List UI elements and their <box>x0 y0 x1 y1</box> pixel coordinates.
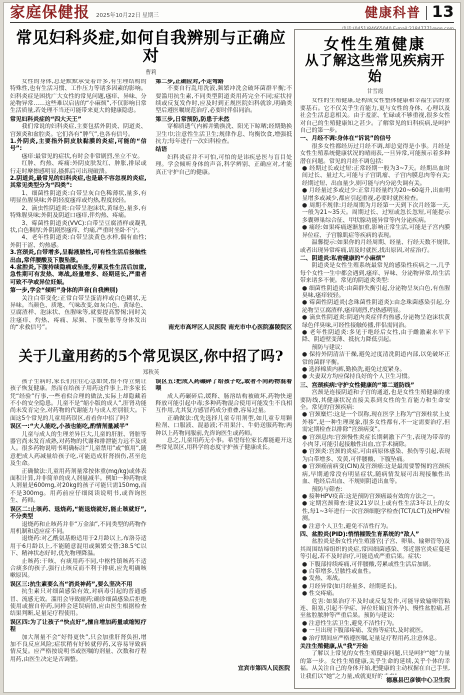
paragraph: 儿童与成人的生理差异巨大,儿童的肝脏、肾脏等器官尚未发育成熟,对药物的代谢和排泄… <box>10 432 147 469</box>
paragraph: 3.宫颈炎,白带增多,呈黏液脓性,可有性生活后接触性出血,常伴腰酸及下腹坠胀。 <box>10 250 147 265</box>
panel-reproductive-health: 女性生殖健康 从了解这些常见疾病开始 甘雪霞 女性的生殖健康,是构成女性整体健康… <box>294 29 456 689</box>
paragraph: ● 宫颈息肉:宫颈慢性炎症长期刺激下产生,表现为带蒂的小肉芽,可能引起接触性出血… <box>300 435 450 450</box>
paragraph: ● 治疗期间应严格遵医嘱,足量足疗程用药,注意休息。 <box>300 636 450 643</box>
paragraph: ● 注意个人卫生,避免不洁性行为。 <box>300 524 450 531</box>
paragraph: 1、细菌性阴道炎:白带呈灰白色稀薄状,量多,有明显鱼腥臭味;外阴轻度瘙痒或灼热,… <box>10 191 147 206</box>
masthead-group: 家庭保健报 2025年10月22日 星期三 <box>10 5 159 20</box>
panel-title: 女性生殖健康 从了解这些常见疾病开始 <box>300 35 450 85</box>
panel-byline: 甘雪霞 <box>300 87 450 95</box>
paragraph: 盆腔炎是指女性内生殖器官(子宫、卵巢、输卵管等)及其周围结缔组织的炎症,常因细菌… <box>300 539 450 561</box>
paragraph: ● 痛经:如果疼痛逐渐加重,影响正常生活,可能是子宫内膜异位症、子宫腺肌症等疾病… <box>300 225 450 240</box>
page-header: 家庭保健报 2025年10月22日 星期三 健康科普 13 <box>10 6 454 23</box>
paragraph: 我们常说的妇科炎症,主要包括外阴炎、阴道炎、宫颈炎和盆腔炎。它们各有“脾气”,也… <box>10 124 147 139</box>
panel-title-line1: 女性生殖健康 <box>300 35 450 53</box>
paragraph: 4.盆腔炎,下腹持续隐痛或坠胀,劳累及性生活后加重,急性期可有发热、寒战,经量增… <box>10 265 147 287</box>
paragraph: ● 宫颈炎:宫颈的炎症,可由病原体感染、损伤等引起,表现为白带增多、发黄,可伴腰… <box>300 449 450 464</box>
panel-title-line2: 从了解这些常见疾病开始 <box>300 53 450 85</box>
paragraph: 3、霉菌性阴道炎(VVC):白带呈豆腐渣样或凝乳状,白色稠厚;外阴剧烈瘙痒、灼痛… <box>10 221 147 236</box>
paragraph: 宫颈是连接阴道和子宫的通道,也是女性生殖健康的重要防线,其健康状况直接关系到女性… <box>300 390 450 412</box>
paragraph: ● 定期宫颈筛查:建议21岁以上或有性生活3年以上的女性,每1~3年进行一次宫颈… <box>300 501 450 523</box>
paragraph: 2.阴道炎,最常见的妇科炎症,也是最不容忽视的炎症,其常见类型分为“四类”: <box>10 176 147 191</box>
subhead: 第一步,学会“倾听”身体的声音(自我辨别) <box>10 288 147 295</box>
paragraph: 女性的身体,总是默默承受着许多,有生理结构的特殊性,也有生活习惯、工作压力等诸多… <box>10 79 147 116</box>
paragraph: ● 霉菌性阴道炎(念珠菌性阴道炎):由念珠菌感染引起,分泌物呈豆腐渣样,瘙痒剧烈… <box>300 300 450 315</box>
article2-title: 关于儿童用药的5个常见误区,你中招了吗? <box>10 349 292 366</box>
paragraph: 红肿、灼热、疼痛:外阴皮肤发红、肿胀,排尿或行走时摩擦感明显,搔抓后可出现破溃。 <box>10 161 147 176</box>
paragraph: 阴道炎是女性生殖系统最常见的感染性疾病之一,几乎每个女性一生中都会遇到,瘙痒、异… <box>300 263 450 285</box>
article-children-medication: 关于儿童用药的5个常见误区,你中招了吗? 郑秋英 孩子生病时,家长们往往心急如焚… <box>10 349 292 675</box>
panel-attribution: 德惠县巴彦镇中心卫生院 <box>382 675 450 684</box>
issue-date: 2025年10月22日 星期三 <box>96 11 159 20</box>
paragraph: ● 周期不规律:月经周期为月经第一天到下次月经第一天,一般为21~35天。周期过… <box>300 203 450 225</box>
paragraph: ● 下腹部持续疼痛,可伴腰酸,劳累或性生活后加剧。 <box>300 562 450 569</box>
paragraph: 2、滴虫性阴道炎:白带呈泡沫状,黄绿色,量多,有特殊腥臭味;外阴及阴道口瘙痒,伴… <box>10 206 147 221</box>
paragraph: ● 宫颈糜烂:这是一个误称,现在医学上称为“宫颈柱状上皮外移”,是一种生理现象,… <box>300 412 450 434</box>
divider <box>426 6 427 20</box>
article2-attribution: 宜宾市第四人民医院 <box>234 663 290 672</box>
paragraph: 正确做法:优先选择儿童专用剂型,如儿童专用颗粒剂、口服液、混悬液;不用果汁、牛奶… <box>156 416 293 438</box>
paragraph: ● 保持外阴清洁干燥,避免过度清洗阴道内部,以免破坏正常的菌群平衡。 <box>300 352 450 367</box>
paragraph: 妇科炎症并不可怕,可怕的是讳疾忌医与盲目处理。学会倾听身体的声音,科学辨别、正确… <box>156 155 293 177</box>
page-number: 13 <box>432 4 454 20</box>
article1-title: 常见妇科炎症,如何自我辨别与正确应对 <box>10 29 292 66</box>
section-name: 健康科普 <box>365 7 421 20</box>
article-gynecological-inflammation: 常见妇科炎症,如何自我辨别与正确应对 曹莉 女性的身体,总是默默承受着许多,有生… <box>10 29 292 333</box>
paragraph: 正确做法:儿童用药剂量常按体重(mg/kg)或体表面积计算,并非简单的成人剂量减… <box>10 469 147 506</box>
newspaper-page: 家庭保健报 2025年10月22日 星期三 健康科普 13 电话:(0451)8… <box>3 2 461 693</box>
subhead: 误区一:“大人能吃,小孩也能吃,酌情剂量减半” <box>10 424 147 431</box>
newspaper-name: 家庭保健报 <box>10 5 90 20</box>
paragraph: ● 滴虫性阴道炎:阴道内炎症伴灼热感,分泌物呈泡沫状黄绿色伴臭味,可经性接触传播… <box>300 315 450 330</box>
subhead: 误区五:把成人药碾碎了给孩子吃,或者不同药物混着喂 <box>156 379 293 394</box>
paragraph: 危害:如果治疗不及时或反复发作,可能导致输卵管粘连、阻塞,引起不孕症、异位妊娠(… <box>300 599 450 621</box>
article1-body: 女性的身体,总是默默承受着许多,有生理结构的特殊性,也有生活习惯、工作压力等诸多… <box>10 79 292 333</box>
paragraph: 关注白带变化:正常白带呈蛋清样或白色糊状,无异味。当颜色、质地、气味改变,如灰白… <box>10 296 147 333</box>
article2-byline: 郑秋英 <box>10 368 292 376</box>
paragraph: 孩子生病时,家长们往往心急如焚,恨不得立刻让孩子恢复健康。然而在给孩子用药这件事… <box>10 379 147 423</box>
paragraph: 止咳药:干咳、有痰用药不同,中枢性镇咳药不适合痰多的孩子,强行止咳反而不利于排痰… <box>10 559 147 581</box>
subhead: 结语 <box>156 147 293 154</box>
paragraph: 穿棉质透气内裤并勤换洗、阳光下晾晒;经期勤换卫生巾;注意性生活卫生;规律作息、均… <box>156 124 293 146</box>
paragraph: ● 宫颈癌前病变(CIN)及宫颈癌:这是最需要警惕的宫颈疾病,早期通常没有明显症… <box>300 464 450 486</box>
paragraph: 抗生素只对细菌感染有效,对病毒引起的普通感冒、流感无效。滥用会导致耐药;确诊细菌… <box>10 589 147 619</box>
paragraph: ● 老年性阴道炎:多见于绝经后女性,由于雌激素水平下降、阴道壁变薄、抵抗力降低引… <box>300 330 450 345</box>
paragraph: ● 月经量过多或过少:正常月经量约为20~60毫升,出血明显增多或减少,都应引起… <box>300 188 450 203</box>
paragraph: 温馨提示:如果你的月经周期、经量、行经天数不规律,或者出现异常疼痛,请及时就医,… <box>300 240 450 255</box>
panel-body: 女性的生殖健康,是构成女性整体健康和幸福生活的重要基石。它不仅关乎生育能力,更与… <box>300 98 450 693</box>
paragraph: 加大剂量不会“好得更快”,只会加重肝肾负担,增加不良反应风险;症状稍有好转就停药… <box>10 635 147 665</box>
paragraph: 不要自行乱用洗液,频繁冲洗会破坏菌群平衡;不要滥用抗生素,不同类型阴道炎用药完全… <box>156 86 293 116</box>
article1-attribution: 南充市高坪区人民医院 南充市中心医院嘉陵院区 <box>164 322 292 331</box>
paragraph: 预防与筛查: <box>300 487 450 494</box>
subhead: 误区四:为了让孩子“快点好”,擅自增加药量或缩短疗程 <box>10 620 147 635</box>
paragraph: 女性的生殖健康,是构成女性整体健康和幸福生活的重要基石。它不仅关乎生育能力,更与… <box>300 98 450 135</box>
subhead: 误区二:止咳药、退烧药,“能退烧就好,能止咳就好”,不分类型 <box>10 507 147 522</box>
paragraph: ● 发热、寒战。 <box>300 576 450 583</box>
article2-body: 孩子生病时,家长们往往心急如焚,恨不得立刻让孩子恢复健康。然而在给孩子用药这件事… <box>10 379 292 675</box>
article1-byline: 曹莉 <box>10 68 292 76</box>
paragraph: ● 夫妻双方均应保持良好的个人卫生习惯。 <box>300 374 450 381</box>
paragraph: 1.外阴炎,主要指外阴皮肤黏膜的炎症,可能的“信号”: <box>10 139 147 154</box>
section-group: 健康科普 13 <box>365 4 454 20</box>
paragraph: 成人药碾碎后,缓释、肠溶结构被破坏,药物快速释放可能引起中毒;多种药物混合使用可… <box>156 394 293 416</box>
paragraph: 退烧药:对乙酰氨基酚适用于2月龄以上,布洛芬适用于6月龄以上,不能随意混用或频繁… <box>10 536 147 558</box>
paragraph: 总之,儿童用药无小事。希望每位家长都能避开这些常见误区,用科学的态度守护孩子健康… <box>156 438 293 453</box>
paragraph: ● 性交疼痛。 <box>300 591 450 598</box>
paragraph: 4、老年性阴道炎:白带呈淡黄色水样,偶有血性;外阴干涩、灼热感。 <box>10 235 147 250</box>
paragraph: ● 一旦出现下腹部疼痛、发热等症状,及时就医。 <box>300 628 450 635</box>
paragraph: 退烧药和止咳药并非“万金油”,不同类型的药物作用机制和适应症不同。 <box>10 522 147 537</box>
paragraph: 很多女性都经历过月经不调,却总觉得是小事。月经是女性生殖系统健康状况的晴雨表,一… <box>300 144 450 166</box>
paragraph: ● 经期过长或过短:正常经期一般为3~7天。经期出血时间过长、量过大,可能与子宫… <box>300 166 450 188</box>
paragraph: ● 细菌性阴道炎:由菌群失衡引起,分泌物呈灰白色,有鱼腥臭味,瘙痒较轻。 <box>300 286 450 301</box>
subhead: 一、月经不调:身体在“诉说”的信号 <box>300 136 450 143</box>
